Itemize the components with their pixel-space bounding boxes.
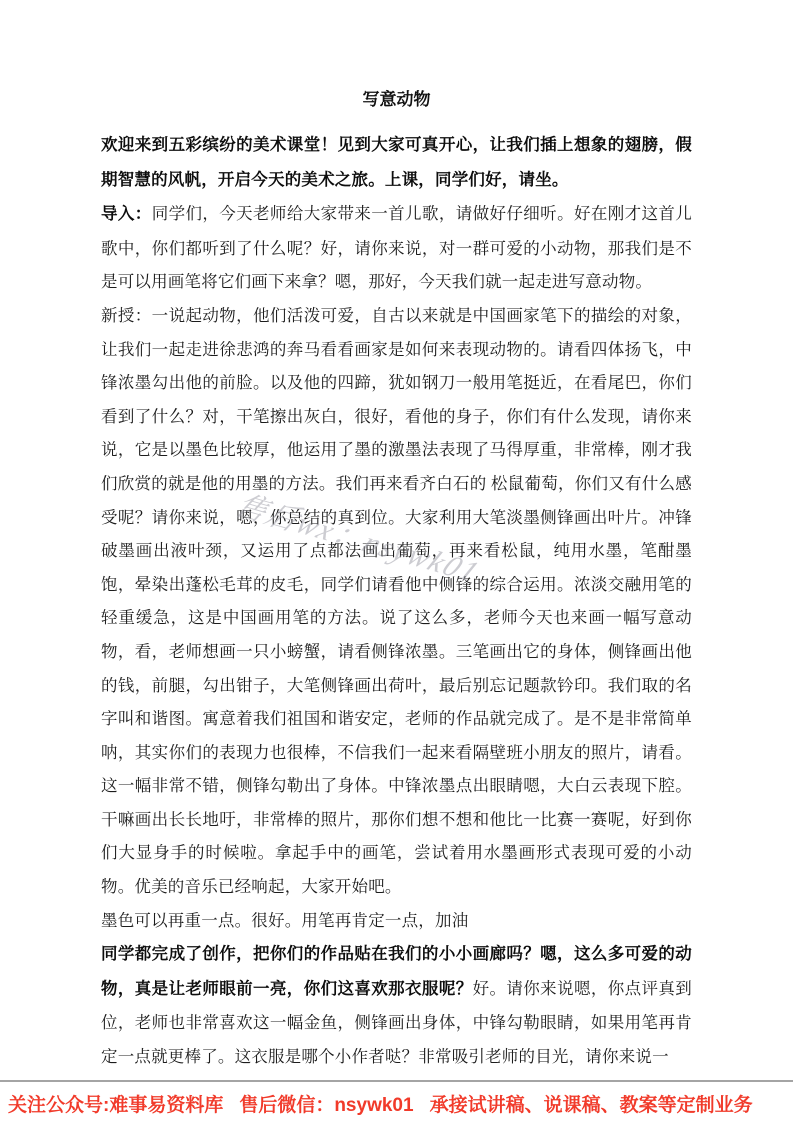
- footer-banner: 关注公众号:难事易资料库 售后微信：nsywk01 承接试讲稿、说课稿、教案等定…: [0, 1086, 793, 1122]
- footer-account-label: 关注公众号:难事易资料库: [8, 1090, 223, 1117]
- paragraph-guidance: 墨色可以再重一点。很好。用笔再肯定一点，加油: [101, 904, 692, 938]
- footer-divider: [0, 1080, 793, 1082]
- document-page: 写意动物 欢迎来到五彩缤纷的美术课堂！见到大家可真开心，让我们插上想象的翅膀，假…: [0, 0, 793, 1122]
- paragraph-new-lesson: 新授：一说起动物，他们活泼可爱，自古以来就是中国画家笔下的描绘的对象，让我们一起…: [101, 299, 692, 904]
- footer-wechat-label: 售后微信：nsywk01: [239, 1090, 413, 1117]
- paragraph-import-lead: 导入：: [101, 205, 152, 223]
- paragraph-welcome: 欢迎来到五彩缤纷的美术课堂！见到大家可真开心，让我们插上想象的翅膀，假期智慧的风…: [101, 128, 692, 197]
- paragraph-guidance-text: 墨色可以再重一点。很好。用笔再肯定一点，加油: [101, 911, 468, 930]
- paragraph-import: 导入：同学们，今天老师给大家带来一首儿歌，请做好仔细听。好在刚才这首儿歌中，你们…: [101, 197, 692, 299]
- footer-services-label: 承接试讲稿、说课稿、教案等定制业务: [430, 1090, 753, 1117]
- page-title: 写意动物: [101, 88, 692, 112]
- paragraph-summary: 同学都完成了创作，把你们的作品贴在我们的小小画廊吗？嗯，这么多可爱的动物，真是让…: [101, 937, 692, 1073]
- paragraph-import-text: 同学们，今天老师给大家带来一首儿歌，请做好仔细听。好在刚才这首儿歌中，你们都听到…: [101, 204, 692, 291]
- paragraph-welcome-text: 欢迎来到五彩缤纷的美术课堂！见到大家可真开心，让我们插上想象的翅膀，假期智慧的风…: [101, 136, 692, 189]
- document-content: 写意动物 欢迎来到五彩缤纷的美术课堂！见到大家可真开心，让我们插上想象的翅膀，假…: [101, 88, 692, 1074]
- paragraph-new-lesson-text: 新授：一说起动物，他们活泼可爱，自古以来就是中国画家笔下的描绘的对象，让我们一起…: [101, 306, 692, 896]
